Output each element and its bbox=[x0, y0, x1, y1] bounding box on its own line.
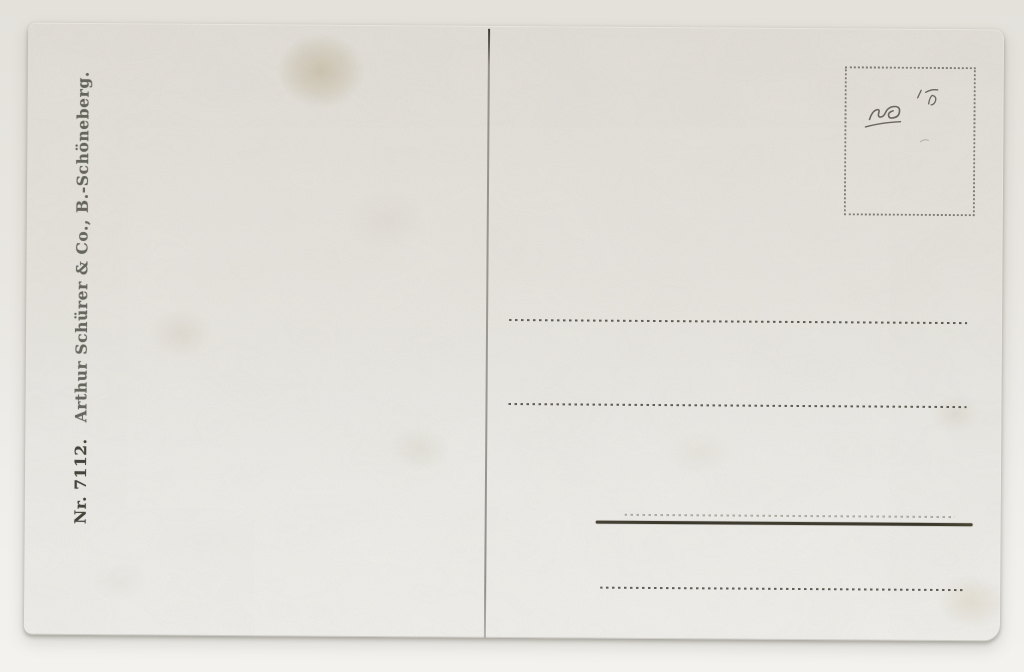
photo-background: Nr. 7112.Arthur Schürer & Co., B.-Schöne… bbox=[0, 0, 1024, 672]
postcard: Nr. 7112.Arthur Schürer & Co., B.-Schöne… bbox=[24, 23, 1004, 642]
paper-texture bbox=[24, 23, 1004, 642]
